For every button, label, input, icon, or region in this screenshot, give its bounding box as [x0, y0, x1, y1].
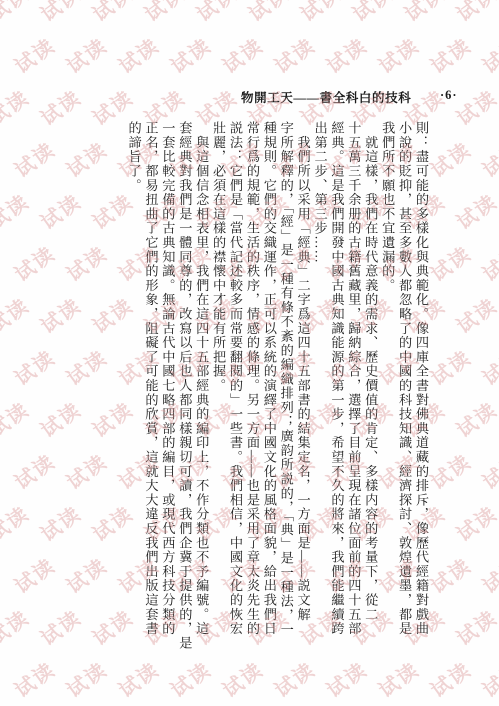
- trial-reading-watermark: 试读: [60, 654, 113, 703]
- trial-reading-watermark: 试读: [476, 30, 499, 79]
- trial-reading-watermark: 试读: [216, 30, 269, 79]
- text-column: 字所解釋的，「經」是一種有條不紊的編織排列；廣韵所説的，「典」是一種法，一: [277, 121, 294, 669]
- trial-reading-watermark: 试读: [8, 550, 61, 599]
- text-column: 一套比較完備的古典知識。無論古代中國七略四部的編目，或現代西方科技分類的: [159, 121, 176, 669]
- trial-reading-watermark: 试读: [476, 654, 499, 703]
- trial-reading-watermark: 试读: [450, 0, 499, 27]
- trial-reading-watermark: 试读: [424, 30, 477, 79]
- trial-reading-watermark: 试读: [424, 238, 477, 287]
- text-column: 種規則。它們的交織運作，正可以系統的演繹了中國文化的風格面貌，給出我們日: [260, 121, 277, 669]
- trial-reading-watermark: 试读: [34, 602, 87, 651]
- trial-reading-watermark: 试读: [112, 30, 165, 79]
- trial-reading-watermark: 试读: [60, 238, 113, 287]
- trial-reading-watermark: 试读: [8, 134, 61, 183]
- trial-reading-watermark: 试读: [424, 134, 477, 183]
- trial-reading-watermark: 试读: [0, 0, 34, 27]
- trial-reading-watermark: 试读: [476, 238, 499, 287]
- trial-reading-watermark: 试读: [0, 498, 34, 547]
- text-column: 經典。這是我們開發中國古典知識能源的第一步，希望不久的將來，我們能繼續跨: [328, 121, 345, 669]
- trial-reading-watermark: 试读: [0, 186, 34, 235]
- trial-reading-watermark: 试读: [424, 342, 477, 391]
- trial-reading-watermark: 试读: [424, 446, 477, 495]
- trial-reading-watermark: 试读: [0, 290, 34, 339]
- running-title: 物開工天——書全科白的技科: [241, 88, 411, 106]
- trial-reading-watermark: 试读: [346, 0, 399, 27]
- text-column: 常行爲的規範，生活的秩序，情感的條理。另一方面——也是采用了章太炎先生的: [243, 121, 260, 669]
- text-column: 的諦旨了。: [125, 121, 142, 669]
- trial-reading-watermark: 试读: [294, 0, 347, 27]
- trial-reading-watermark: 试读: [86, 0, 139, 27]
- trial-reading-watermark: 试读: [476, 446, 499, 495]
- trial-reading-watermark: 试读: [450, 394, 499, 443]
- page-header: 物開工天——書全科白的技科 ·6·: [0, 88, 499, 106]
- text-column: 與這個信念相表里，我們在這四十五部經典的編印上，不作分類也不予編號。這: [192, 121, 209, 669]
- text-column: 套經典對我們是一體同尊的，改寫以后也人都同樣親切可讀，我們企冀于提供的，是: [175, 121, 192, 669]
- text-column: 就這樣，我們在時代意義的需求、歷史價值的肯定、多樣内容的考量下，從二: [361, 121, 378, 669]
- trial-reading-watermark: 试读: [242, 0, 295, 27]
- trial-reading-watermark: 试读: [34, 290, 87, 339]
- trial-reading-watermark: 试读: [8, 342, 61, 391]
- trial-reading-watermark: 试读: [34, 186, 87, 235]
- text-column: 小說的貶抑，甚至多數人都忽略了的中國的科技知識、經濟探討、敦煌遺墨，都是: [395, 121, 412, 669]
- trial-reading-watermark: 试读: [190, 0, 243, 27]
- trial-reading-watermark: 试读: [268, 30, 321, 79]
- trial-reading-watermark: 试读: [60, 446, 113, 495]
- text-column: 我們所以采用「經典」二字爲這四十五部書的結集定名，一方面是——説文解: [294, 121, 311, 669]
- text-column: 壯麗，必須在這樣的襟懷中才能有所把握。: [209, 121, 226, 669]
- trial-reading-watermark: 试读: [450, 498, 499, 547]
- trial-reading-watermark: 试读: [450, 602, 499, 651]
- trial-reading-watermark: 试读: [320, 30, 373, 79]
- body-text: 則：盡可能的多樣化與典範化。像四庫全書對佛典道藏的排斥，像歷代經籍對戲曲 小說的…: [124, 121, 429, 669]
- trial-reading-watermark: 试读: [60, 342, 113, 391]
- text-column: 則：盡可能的多樣化與典範化。像四庫全書對佛典道藏的排斥，像歷代經籍對戲曲: [412, 121, 429, 669]
- trial-reading-watermark: 试读: [138, 0, 191, 27]
- text-column: 十五萬三千余册的古籍舊藏里，歸納綜合，選擇了目前呈現在諸位面前的四十五部: [344, 121, 361, 669]
- trial-reading-watermark: 试读: [424, 654, 477, 703]
- trial-reading-watermark: 试读: [8, 654, 61, 703]
- trial-reading-watermark: 试读: [0, 394, 34, 443]
- trial-reading-watermark: 试读: [34, 498, 87, 547]
- trial-reading-watermark: 试读: [450, 186, 499, 235]
- trial-reading-watermark: 试读: [476, 342, 499, 391]
- trial-reading-watermark: 试读: [60, 134, 113, 183]
- text-column: 説法：它們是「當代記述較多而常要翻閱的」一些書。我們相信，中國文化的恢宏: [226, 121, 243, 669]
- trial-reading-watermark: 试读: [60, 550, 113, 599]
- trial-reading-watermark: 试读: [8, 30, 61, 79]
- trial-reading-watermark: 试读: [164, 30, 217, 79]
- text-column: 正名，都易扭曲了它們的形象，阻礙了可能的欣賞，這就大大違反我們出版這套書: [142, 121, 159, 669]
- trial-reading-watermark: 试读: [34, 0, 87, 27]
- trial-reading-watermark: 试读: [0, 602, 34, 651]
- trial-reading-watermark: 试读: [372, 30, 425, 79]
- trial-reading-watermark: 试读: [476, 134, 499, 183]
- trial-reading-watermark: 试读: [8, 238, 61, 287]
- trial-reading-watermark: 试读: [424, 550, 477, 599]
- trial-reading-watermark: 试读: [476, 550, 499, 599]
- trial-reading-watermark: 试读: [34, 394, 87, 443]
- page-number: ·6·: [440, 88, 458, 103]
- trial-reading-watermark: 试读: [450, 290, 499, 339]
- text-column: 出第二步、第三步……: [311, 121, 328, 669]
- trial-reading-watermark: 试读: [398, 0, 451, 27]
- trial-reading-watermark: 试读: [8, 446, 61, 495]
- trial-reading-watermark: 试读: [60, 30, 113, 79]
- text-column: 我們所不願也不宜遺漏的。: [378, 121, 395, 669]
- scanned-book-page: 试读试读试读试读试读试读试读试读试读试读试读试读试读试读试读试读试读试读试读试读…: [0, 0, 499, 706]
